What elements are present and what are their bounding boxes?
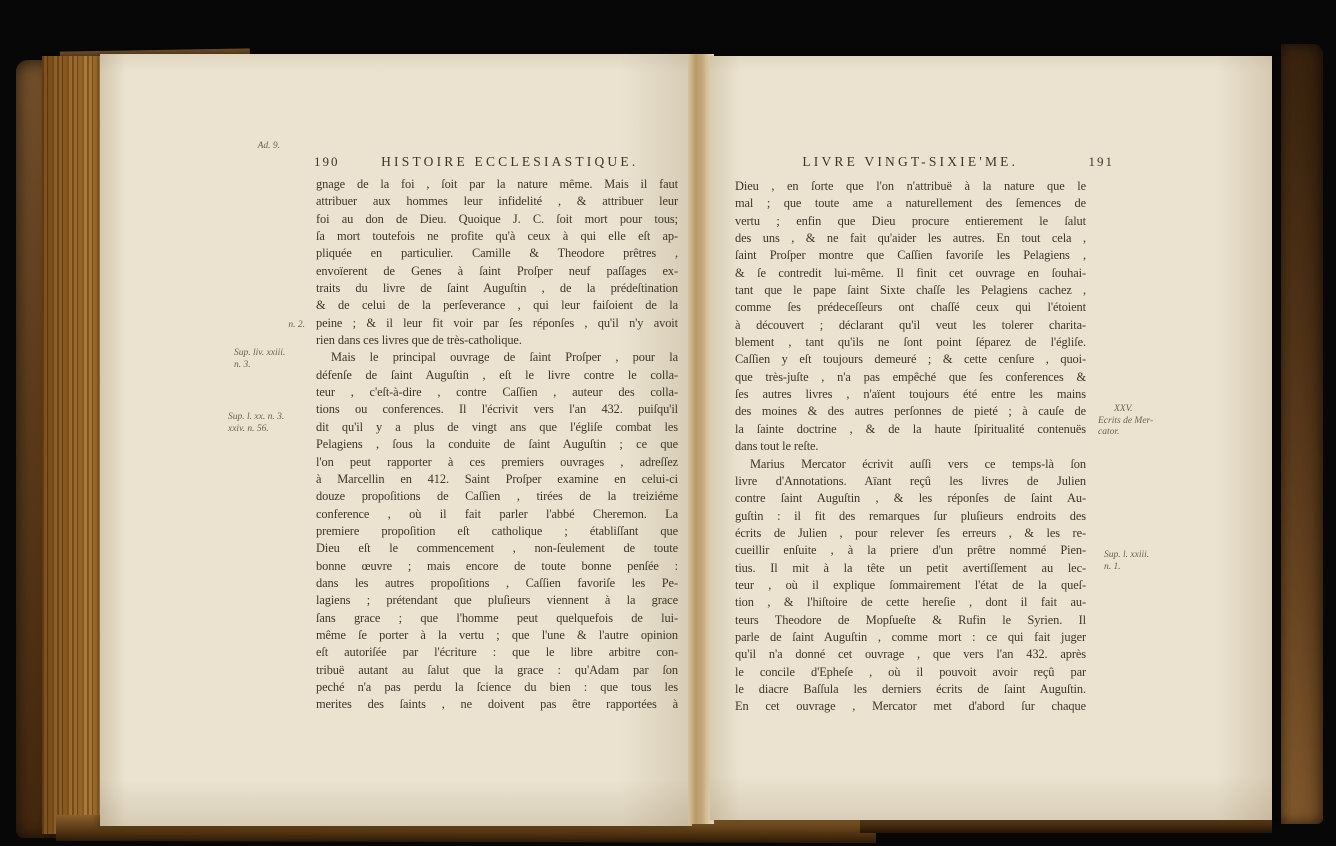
text-line: Mais le principal ouvrage de ſaint Proſp… [316, 349, 678, 366]
right-running-head: LIVRE VINGT-SIXIE'ME. 191 [732, 154, 1114, 170]
text-line: des uns , & ne fait qu'aider les autres.… [735, 230, 1086, 247]
text-line: tion , & l'hiſtoire de cette hereſie , d… [735, 594, 1086, 611]
text-line: Dieu , en ſorte que l'on n'attribuë à la… [735, 178, 1086, 195]
right-page: LIVRE VINGT-SIXIE'ME. 191 Dieu , en ſort… [710, 56, 1272, 820]
text-line: conference , où il fait parler l'abbé Ch… [316, 506, 678, 523]
text-line: guſtin : il fit des remarques ſur pluſie… [735, 508, 1086, 525]
text-line: tant que le pape ſaint Sixte chaſſe les … [735, 282, 1086, 299]
text-line: dit qu'il y a plus de vingt ans que l'ég… [316, 419, 678, 436]
text-line: contre ſaint Auguſtin , & les réponſes d… [735, 490, 1086, 507]
text-line: Marius Mercator écrivit auſſi vers ce te… [735, 456, 1086, 473]
text-line: le diacre Baſſula les derniers écrits de… [735, 681, 1086, 698]
text-line: écrits de Julien , pour relever ſes erre… [735, 525, 1086, 542]
text-line: le concile d'Epheſe , où il pouvoit avoi… [735, 664, 1086, 681]
text-line: cueillir enſuite , à la priere d'un prêt… [735, 542, 1086, 559]
left-page: 190 HISTOIRE ECCLESIASTIQUE. gnage de la… [100, 54, 692, 826]
text-line: dans tout le reſte. [735, 438, 1086, 455]
text-line: défenſe de ſaint Auguſtin , eſt le livre… [316, 367, 678, 384]
margin-note: Sup. l. xxiii. n. 1. [1104, 550, 1186, 573]
text-line: gnage de la foi , ſoit par la nature mêm… [316, 176, 678, 193]
margin-note: Sup. liv. xxiii. n. 3. [234, 348, 312, 371]
text-line: peine ; & il leur fit voir par ſes répon… [316, 315, 678, 332]
text-line: qu'il n'a donné cet ouvrage , que vers l… [735, 646, 1086, 663]
text-line: ſans grace ; que l'homme peut quelquefoi… [316, 610, 678, 627]
left-running-head: 190 HISTOIRE ECCLESIASTIQUE. [314, 154, 680, 170]
text-line: tions ou conferences. Il l'écrivit vers … [316, 401, 678, 418]
text-line: livre d'Annotations. Aïant reçû les livr… [735, 473, 1086, 490]
text-line: tribuë autant au ſalut que la grace : qu… [316, 662, 678, 679]
text-line: teurs Theodore de Mopſueſte & Rufin le S… [735, 612, 1086, 629]
text-line: peché n'a pas perdu la ſcience du bien :… [316, 679, 678, 696]
text-line: merites des ſaints , ne doivent pas être… [316, 696, 678, 713]
text-line: envoïerent de Genes à ſaint Proſper neuf… [316, 263, 678, 280]
text-line: que très-juſte , n'a pas empêché que ſes… [735, 369, 1086, 386]
photo-background: 190 HISTOIRE ECCLESIASTIQUE. gnage de la… [0, 0, 1336, 846]
text-line: blement , tant qu'ils ne ſont point ſépa… [735, 334, 1086, 351]
text-line: premiere propoſition eſt catholique ; ét… [316, 523, 678, 540]
right-running-title: LIVRE VINGT-SIXIE'ME. [732, 154, 1089, 170]
text-line: à Marcellin en 412. Saint Proſper examin… [316, 471, 678, 488]
text-line: Caſſien y eſt toujours demeuré ; & cette… [735, 351, 1086, 368]
text-line: Pelagiens , ſous la conduite de ſaint Au… [316, 436, 678, 453]
text-line: En cet ouvrage , Mercator met d'abord ſu… [735, 698, 1086, 715]
text-line: l'on peut rapporter à ces premiers ouvra… [316, 454, 678, 471]
book-cover-bottom-edge-right [860, 820, 1272, 833]
text-line: ſes autres livres , n'aïent toujours été… [735, 386, 1086, 403]
text-line: attribuer aux hommes leur infidelité , &… [316, 193, 678, 210]
left-running-title: HISTOIRE ECCLESIASTIQUE. [340, 154, 681, 170]
text-line: traits du livre de ſaint Auguſtin , de l… [316, 280, 678, 297]
left-page-number: 190 [314, 154, 340, 170]
text-line: bonne œuvre ; mais encore de toute bonne… [316, 558, 678, 575]
text-line: rien dans ces livres que de très-catholi… [316, 332, 678, 349]
right-page-number: 191 [1089, 154, 1115, 170]
text-line: comme ſes prédeceſſeurs ont chaſſé ceux … [735, 299, 1086, 316]
text-line: à découvert ; déclarant qu'il veut les t… [735, 317, 1086, 334]
text-line: même ſe porter à la vertu ; que l'une & … [316, 627, 678, 644]
text-line: vertu ; enfin que Dieu procure entiereme… [735, 213, 1086, 230]
margin-note: Ad. 9. [218, 141, 280, 153]
text-line: lagiens ; prétendant que pluſieurs vienn… [316, 592, 678, 609]
text-line: des moines & des autres perſonnes de pie… [735, 403, 1086, 420]
text-line: eſt autoriſée par l'écriture : que le li… [316, 644, 678, 661]
margin-note: Sup. l. xx. n. 3. xxiv. n. 56. [228, 412, 312, 435]
text-line: parle de ſaint Auguſtin , comme mort : c… [735, 629, 1086, 646]
text-line: douze propoſitions de Caſſien , tirées d… [316, 488, 678, 505]
text-line: tius. Il mit à la tête un petit avertiſſ… [735, 560, 1086, 577]
margin-note: n. 2. [195, 320, 305, 332]
text-line: & ſe contredit lui-même. Il finit cet ou… [735, 265, 1086, 282]
text-line: & de celui de la perſeverance , qui leur… [316, 297, 678, 314]
text-line: Dieu eſt le commencement , non-ſeulement… [316, 540, 678, 557]
right-page-text: Dieu , en ſorte que l'on n'attribuë à la… [735, 178, 1086, 716]
text-line: pliquée en particulier. Camille & Theodo… [316, 245, 678, 262]
text-line: mal ; que toute ame a naturellement des … [735, 195, 1086, 212]
text-line: ſaint Proſper montre que Caſſien favoriſ… [735, 247, 1086, 264]
left-page-text: gnage de la foi , ſoit par la nature mêm… [316, 176, 678, 714]
text-line: teur , où il explique ſommairement l'éta… [735, 577, 1086, 594]
text-line: teur , c'eſt-à-dire , contre Caſſien , a… [316, 384, 678, 401]
open-book: 190 HISTOIRE ECCLESIASTIQUE. gnage de la… [0, 0, 1336, 846]
text-line: foi au don de Dieu. Quoique J. C. ſoit m… [316, 211, 678, 228]
margin-note: XXV. Ecrits de Mer- cator. [1098, 404, 1184, 439]
text-line: dans les autres propoſitions , Caſſien f… [316, 575, 678, 592]
text-line: la ſainte doctrine , & de la haute ſpiri… [735, 421, 1086, 438]
text-line: ſa mort toutefois ne profite qu'à ceux à… [316, 228, 678, 245]
